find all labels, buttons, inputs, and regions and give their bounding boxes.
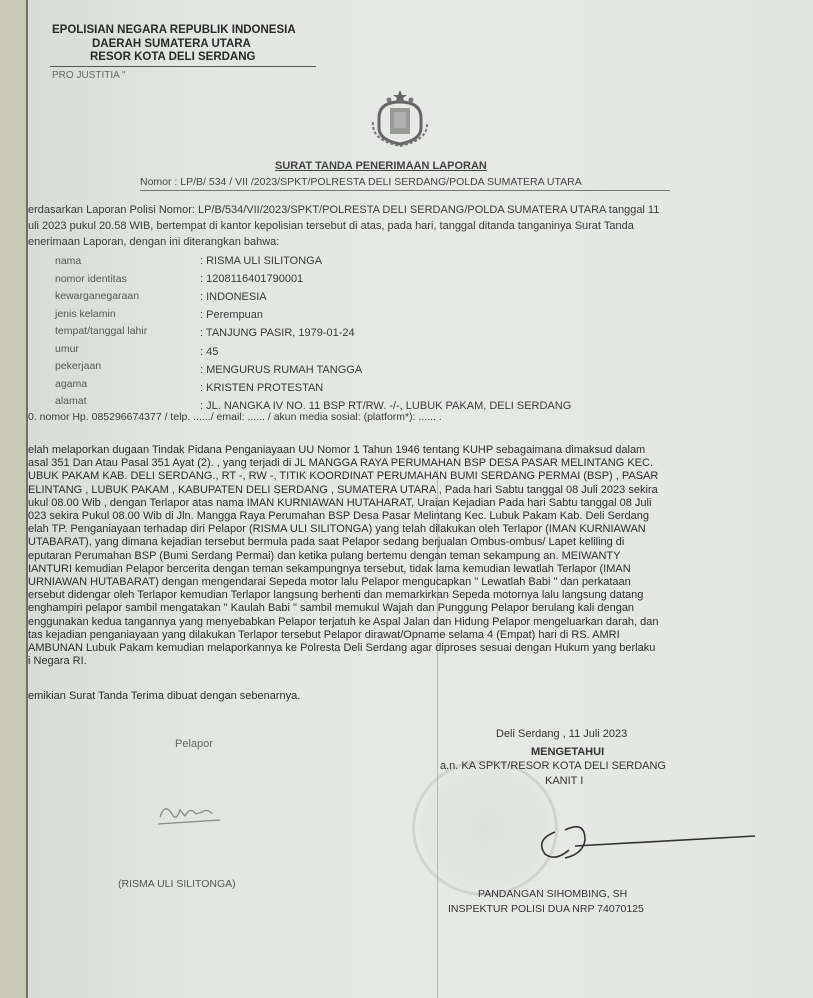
title-divider [140, 190, 670, 191]
body-line: ELINTANG , LUBUK PAKAM , KABUPATEN DELI … [28, 484, 658, 496]
pelapor-name: (RISMA ULI SILITONGA) [118, 878, 236, 890]
identity-label: agama [55, 378, 87, 390]
body-line: AMBUNAN Lubuk Pakam kemudian melaporkann… [28, 642, 655, 654]
identity-label: kewarganegaraan [55, 290, 139, 302]
header-line-2: DAERAH SUMATERA UTARA [92, 38, 251, 50]
identity-label: nama [55, 255, 81, 267]
police-emblem-icon [365, 88, 435, 150]
body-line: UBUK PAKAM KAB. DELI SERDANG., RT -, RW … [28, 470, 658, 482]
body-line: 023 sekira Pukul 08.00 Wib di Jln. Mangg… [28, 510, 649, 522]
body-line: asal 351 Dan Atau Pasal 351 Ayat (2). , … [28, 457, 653, 469]
mengetahui: MENGETAHUI [531, 746, 604, 758]
intro-line: enerimaan Laporan, dengan ini diterangka… [28, 234, 659, 250]
identity-label: umur [55, 343, 79, 355]
intro-paragraph: erdasarkan Laporan Polisi Nomor: LP/B/53… [28, 202, 659, 250]
identity-label: alamat [55, 395, 87, 407]
closing-statement: emikian Surat Tanda Terima dibuat dengan… [28, 690, 300, 702]
body-line: tas kejadian penganiayaan yang dilakukan… [28, 629, 620, 641]
body-line: IANTURI kemudian Pelapor bercerita denga… [28, 563, 631, 575]
header-divider [50, 66, 316, 67]
header-line-3: RESOR KOTA DELI SERDANG [90, 51, 255, 63]
intro-line: uli 2023 pukul 20.58 WIB, bertempat di k… [28, 218, 659, 234]
pro-justitia: PRO JUSTITIA " [52, 70, 126, 81]
header-line-1: EPOLISIAN NEGARA REPUBLIK INDONESIA [52, 24, 296, 36]
body-line: URNIAWAN HUTABARAT) dengan mengendarai S… [28, 576, 631, 588]
intro-line: erdasarkan Laporan Polisi Nomor: LP/B/53… [28, 202, 659, 218]
officer-signature [525, 810, 765, 870]
contact-line: 0. nomor Hp. 085296674377 / telp. ......… [28, 411, 442, 423]
pelapor-signature [150, 792, 230, 832]
place-date: Deli Serdang , 11 Juli 2023 [496, 728, 627, 740]
identity-label: tempat/tanggal lahir [55, 325, 147, 337]
identity-value: : 1208116401790001 [200, 273, 303, 285]
identity-value: : TANJUNG PASIR, 1979-01-24 [200, 327, 355, 339]
body-line: UTABARAT), yang dimana kejadian tersebut… [28, 536, 624, 548]
body-line: enggunakan kedua tangannya yang menyebab… [28, 616, 659, 628]
identity-value: : KRISTEN PROTESTAN [200, 382, 323, 394]
officer-rank: INSPEKTUR POLISI DUA NRP 74070125 [448, 903, 644, 915]
body-line: elah TP. Penganiayaan terhadap diri Pela… [28, 523, 646, 535]
identity-value: : RISMA ULI SILITONGA [200, 255, 322, 267]
identity-value: : Perempuan [200, 309, 263, 321]
body-line: i Negara RI. [28, 655, 87, 667]
body-line: ukul 08.00 Wib , dengan Terlapor atas na… [28, 497, 651, 509]
identity-value: : JL. NANGKA IV NO. 11 BSP RT/RW. -/-, L… [200, 400, 571, 412]
body-line: elah melaporkan dugaan Tindak Pidana Pen… [28, 444, 645, 456]
document-number: Nomor : LP/B/ 534 / VII /2023/SPKT/POLRE… [140, 176, 582, 188]
identity-value: : MENGURUS RUMAH TANGGA [200, 364, 362, 376]
officer-name: PANDANGAN SIHOMBING, SH [478, 888, 627, 900]
kanit: KANIT I [545, 775, 583, 787]
identity-value: : INDONESIA [200, 291, 267, 303]
identity-label: pekerjaan [55, 360, 101, 372]
pelapor-label: Pelapor [175, 738, 213, 750]
an-line: a.n. KA SPKT/RESOR KOTA DELI SERDANG [440, 760, 666, 772]
identity-label: nomor identitas [55, 273, 127, 285]
document-title: SURAT TANDA PENERIMAAN LAPORAN [275, 160, 487, 172]
identity-value: : 45 [200, 346, 218, 358]
identity-label: jenis kelamin [55, 308, 116, 320]
body-line: eputaran Perumahan BSP (Bumi Serdang Per… [28, 550, 621, 562]
body-line: ersebut didengar oleh Terlapor kemudian … [28, 589, 643, 601]
body-line: enghampiri pelapor sambil mengatakan " K… [28, 602, 634, 614]
